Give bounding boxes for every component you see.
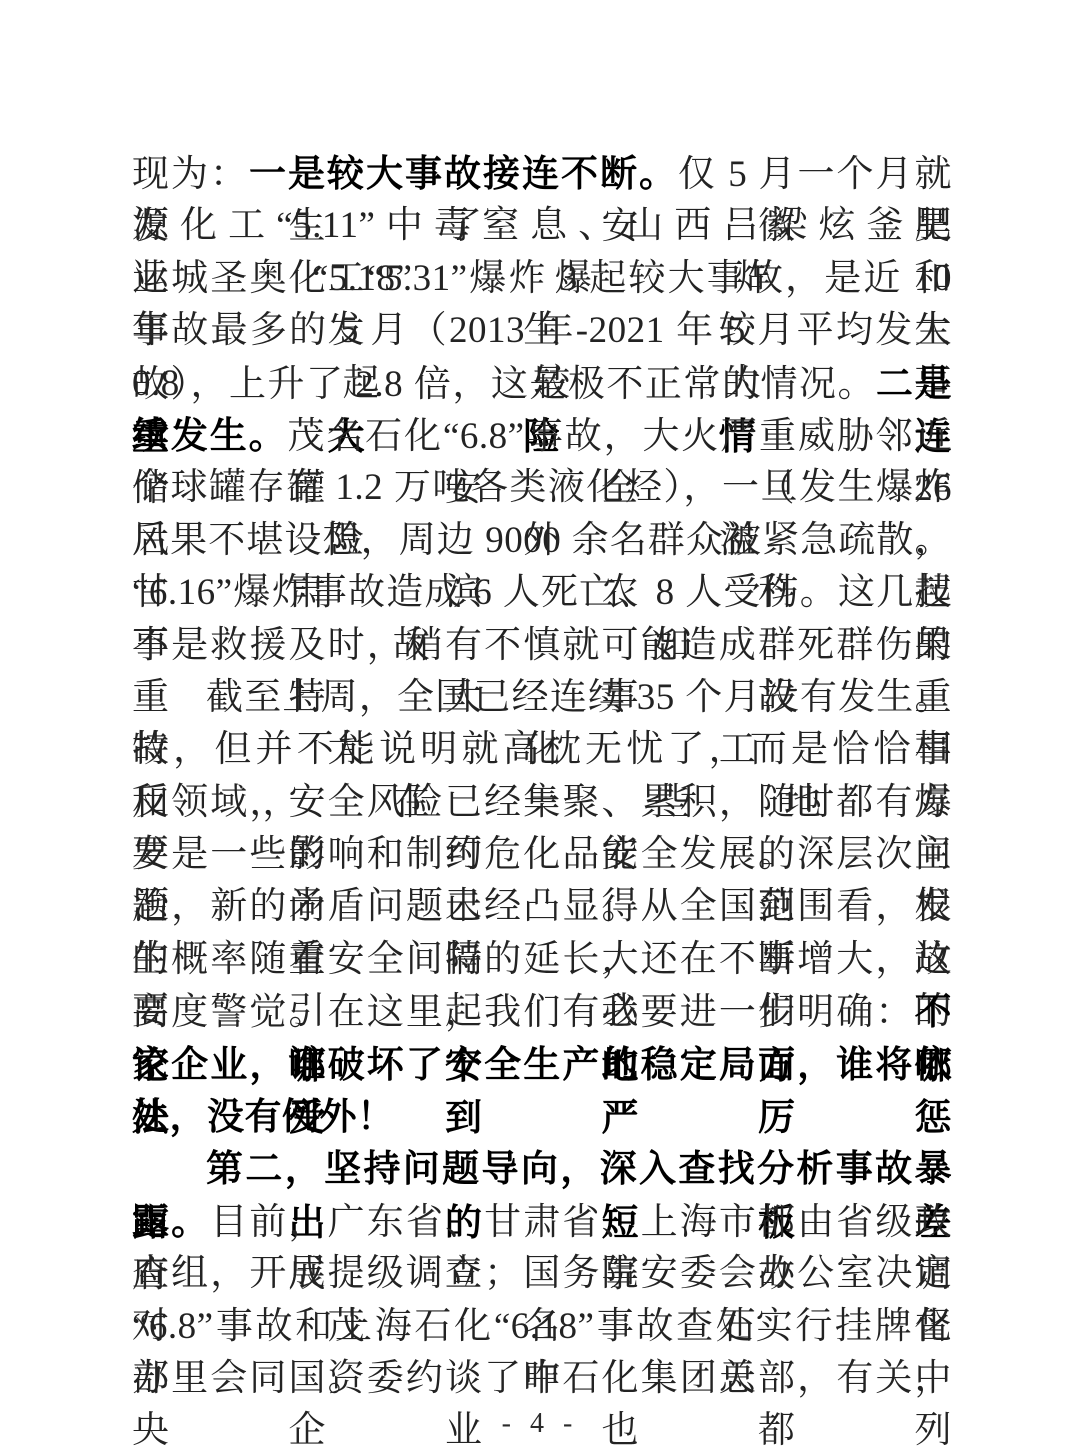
text-run: 高度警觉。在这里，我们有必要进一步明确： <box>132 992 915 1033</box>
text-line: 故），上升了 2.8 倍，这是极不正常的情况。二是重大险情连 <box>132 358 952 410</box>
text-line: 故，但并不能说明就高枕无忧了，而是恰恰相反，在一些地方 <box>132 724 952 776</box>
bold-text-run: 距。 <box>132 1201 210 1242</box>
text-line: 第二，坚持问题导向，深入查找分析事故暴露出的短板差 <box>132 1143 952 1195</box>
text-line: 治，新的矛盾问题已经凸显。从全国范围看，发生重特大事故 <box>132 881 952 933</box>
text-line: 家企业，谁破坏了安全生产的稳定局面，谁将依法受到严厉惩 <box>132 1039 952 1091</box>
text-line: 事故最多的 5 月（2013 年-2021 年 5 月平均发生 0.8 起较大事 <box>132 305 952 357</box>
text-run: 现为： <box>132 154 249 195</box>
bold-text-run: 一是较大事故接连不断。 <box>249 153 678 194</box>
bold-text-run: 续发生。 <box>132 415 287 456</box>
page-number: - 4 - <box>0 1408 1080 1440</box>
text-line: 现为：一是较大事故接连不断。仅 5 月一个月就发生了安徽昊 <box>132 148 952 200</box>
document-body: 现为：一是较大事故接连不断。仅 5 月一个月就发生了安徽昊源化工“5.11”中毒… <box>132 148 952 1405</box>
text-line: 续发生。茂名石化“6.8”事故，大火严重威胁邻近储罐安全（26 <box>132 410 952 462</box>
text-line: 要是一些影响和制约危化品安全发展的深层次问题尚未得到根 <box>132 829 952 881</box>
text-line: 截至上周，全国已经连续 35 个月没有发生重特大化工事 <box>132 672 952 724</box>
text-line: 和领域，安全风险已经集聚、累积，随时都有爆发的可能。主 <box>132 777 952 829</box>
text-line: 运城圣奥化工“5.31”爆炸 3 起较大事故，是近 10 年发生较大 <box>132 253 952 305</box>
text-run: 故），上升了 2.8 倍，这是极不正常的情况。 <box>132 364 876 405</box>
text-line: 个球罐存有 1.2 万吨各类液化烃），一旦发生爆炸风险外溢， <box>132 462 952 514</box>
text-line: 的概率随着安全间隔的延长，还在不断增大，这要引起我们的 <box>132 934 952 986</box>
text-line: 不是救援及时，稍有不慎就可能造成群死群伤的重特大事故。 <box>132 620 952 672</box>
text-line: 部里会同国资委约谈了中石化集团总部，有关中央企业也都列 <box>132 1353 952 1405</box>
bold-text-run: 处，没有例外！ <box>132 1096 395 1137</box>
text-line: 高度警觉。在这里，我们有必要进一步明确：不论哪个地方哪 <box>132 986 952 1038</box>
text-line: 源化工“5.11”中毒窒息、山西吕梁炫釜肥业“5.18”爆炸和 <box>132 200 952 252</box>
text-line: “6.8”事故和上海石化“6.18”事故查处实行挂牌督办。昨天， <box>132 1301 952 1353</box>
document-page: 现为：一是较大事故接连不断。仅 5 月一个月就发生了安徽昊源化工“5.11”中毒… <box>0 0 1080 1452</box>
text-line: 距。目前，广东省、甘肃省、上海市都由省级政府成立事故调 <box>132 1196 952 1248</box>
text-line: “6.16”爆炸事故造成 6 人死亡、8 人受伤。这几起事故如果 <box>132 567 952 619</box>
text-line: 后果不堪设想，周边 9000 余名群众被紧急疏散。甘肃滨农科技 <box>132 515 952 567</box>
text-line: 查组，开展提级调查；国务院安委会办公室决定对茂名石化 <box>132 1248 952 1300</box>
